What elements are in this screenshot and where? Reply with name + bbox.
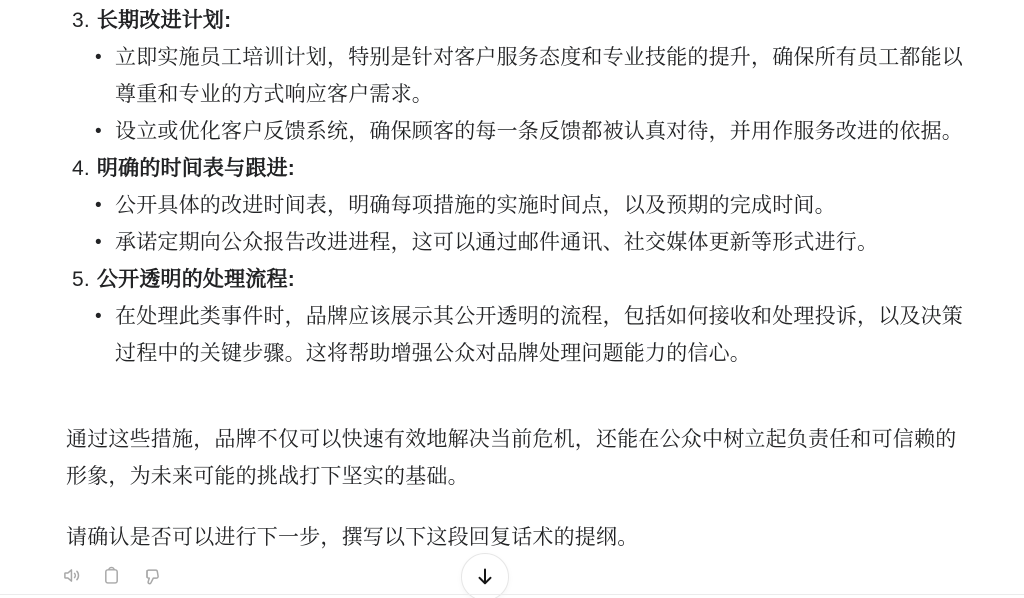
bullet-list: • 公开具体的改进时间表，明确每项措施的实施时间点，以及预期的完成时间。 • 承… [66, 187, 966, 261]
list-item: 4.明确的时间表与跟进: • 公开具体的改进时间表，明确每项措施的实施时间点，以… [66, 150, 966, 261]
bullet-marker: • [95, 298, 102, 335]
summary-paragraph: 通过这些措施，品牌不仅可以快速有效地解决当前危机，还能在公众中树立起负责任和可信… [66, 421, 966, 495]
confirmation-paragraph: 请确认是否可以进行下一步，撰写以下这段回复话术的提纲。 [66, 519, 966, 556]
list-item: 5.公开透明的处理流程: • 在处理此类事件时，品牌应该展示其公开透明的流程，包… [66, 261, 966, 372]
scroll-to-bottom-button[interactable] [461, 553, 509, 598]
bullet-list: • 在处理此类事件时，品牌应该展示其公开透明的流程，包括如何接收和处理投诉，以及… [66, 298, 966, 372]
bullet-text: 在处理此类事件时，品牌应该展示其公开透明的流程，包括如何接收和处理投诉，以及决策… [115, 305, 963, 365]
list-item-number: 4. [72, 157, 90, 180]
list-item-heading: 5.公开透明的处理流程: [72, 261, 966, 298]
bullet-text: 公开具体的改进时间表，明确每项措施的实施时间点，以及预期的完成时间。 [115, 194, 836, 217]
list-item-title: 公开透明的处理流程 [97, 268, 288, 291]
bullet-marker: • [95, 224, 102, 261]
list-item-title: 长期改进计划 [97, 9, 224, 32]
bullet-list: • 立即实施员工培训计划，特别是针对客户服务态度和专业技能的提升，确保所有员工都… [66, 39, 966, 150]
bullet-text: 立即实施员工培训计划，特别是针对客户服务态度和专业技能的提升，确保所有员工都能以… [115, 46, 963, 106]
bullet-text: 设立或优化客户反馈系统，确保顾客的每一条反馈都被认真对待，并用作服务改进的依据。 [115, 120, 963, 143]
read-aloud-button[interactable] [60, 563, 85, 588]
clipboard-icon [101, 565, 122, 586]
numbered-list: 3.长期改进计划: • 立即实施员工培训计划，特别是针对客户服务态度和专业技能的… [66, 2, 966, 372]
bullet-marker: • [95, 39, 102, 76]
list-item-heading: 4.明确的时间表与跟进: [72, 150, 966, 187]
thumbs-down-button[interactable] [138, 563, 163, 588]
list-item-number: 3. [72, 9, 90, 32]
bullet-item: • 设立或优化客户反馈系统，确保顾客的每一条反馈都被认真对待，并用作服务改进的依… [66, 113, 966, 150]
composer-top-divider [0, 594, 1024, 595]
list-item-title: 明确的时间表与跟进 [97, 157, 288, 180]
bullet-text: 承诺定期向公众报告改进进程，这可以通过邮件通讯、社交媒体更新等形式进行。 [115, 231, 878, 254]
list-item: 3.长期改进计划: • 立即实施员工培训计划，特别是针对客户服务态度和专业技能的… [66, 2, 966, 150]
bullet-marker: • [95, 187, 102, 224]
list-item-colon: : [288, 157, 295, 180]
bullet-marker: • [95, 113, 102, 150]
chat-page: 3.长期改进计划: • 立即实施员工培训计划，特别是针对客户服务态度和专业技能的… [0, 0, 1024, 598]
list-item-colon: : [224, 9, 231, 32]
list-item-heading: 3.长期改进计划: [72, 2, 966, 39]
assistant-message: 3.长期改进计划: • 立即实施员工培训计划，特别是针对客户服务态度和专业技能的… [0, 0, 1024, 556]
list-item-colon: : [288, 268, 295, 291]
message-action-bar [60, 563, 163, 588]
bullet-item: • 公开具体的改进时间表，明确每项措施的实施时间点，以及预期的完成时间。 [66, 187, 966, 224]
arrow-down-icon [473, 565, 497, 589]
speaker-icon [62, 565, 83, 586]
list-item-number: 5. [72, 268, 90, 291]
bullet-item: • 承诺定期向公众报告改进进程，这可以通过邮件通讯、社交媒体更新等形式进行。 [66, 224, 966, 261]
bullet-item: • 立即实施员工培训计划，特别是针对客户服务态度和专业技能的提升，确保所有员工都… [66, 39, 966, 113]
thumbs-down-icon [140, 565, 161, 586]
copy-button[interactable] [99, 563, 124, 588]
bullet-item: • 在处理此类事件时，品牌应该展示其公开透明的流程，包括如何接收和处理投诉，以及… [66, 298, 966, 372]
